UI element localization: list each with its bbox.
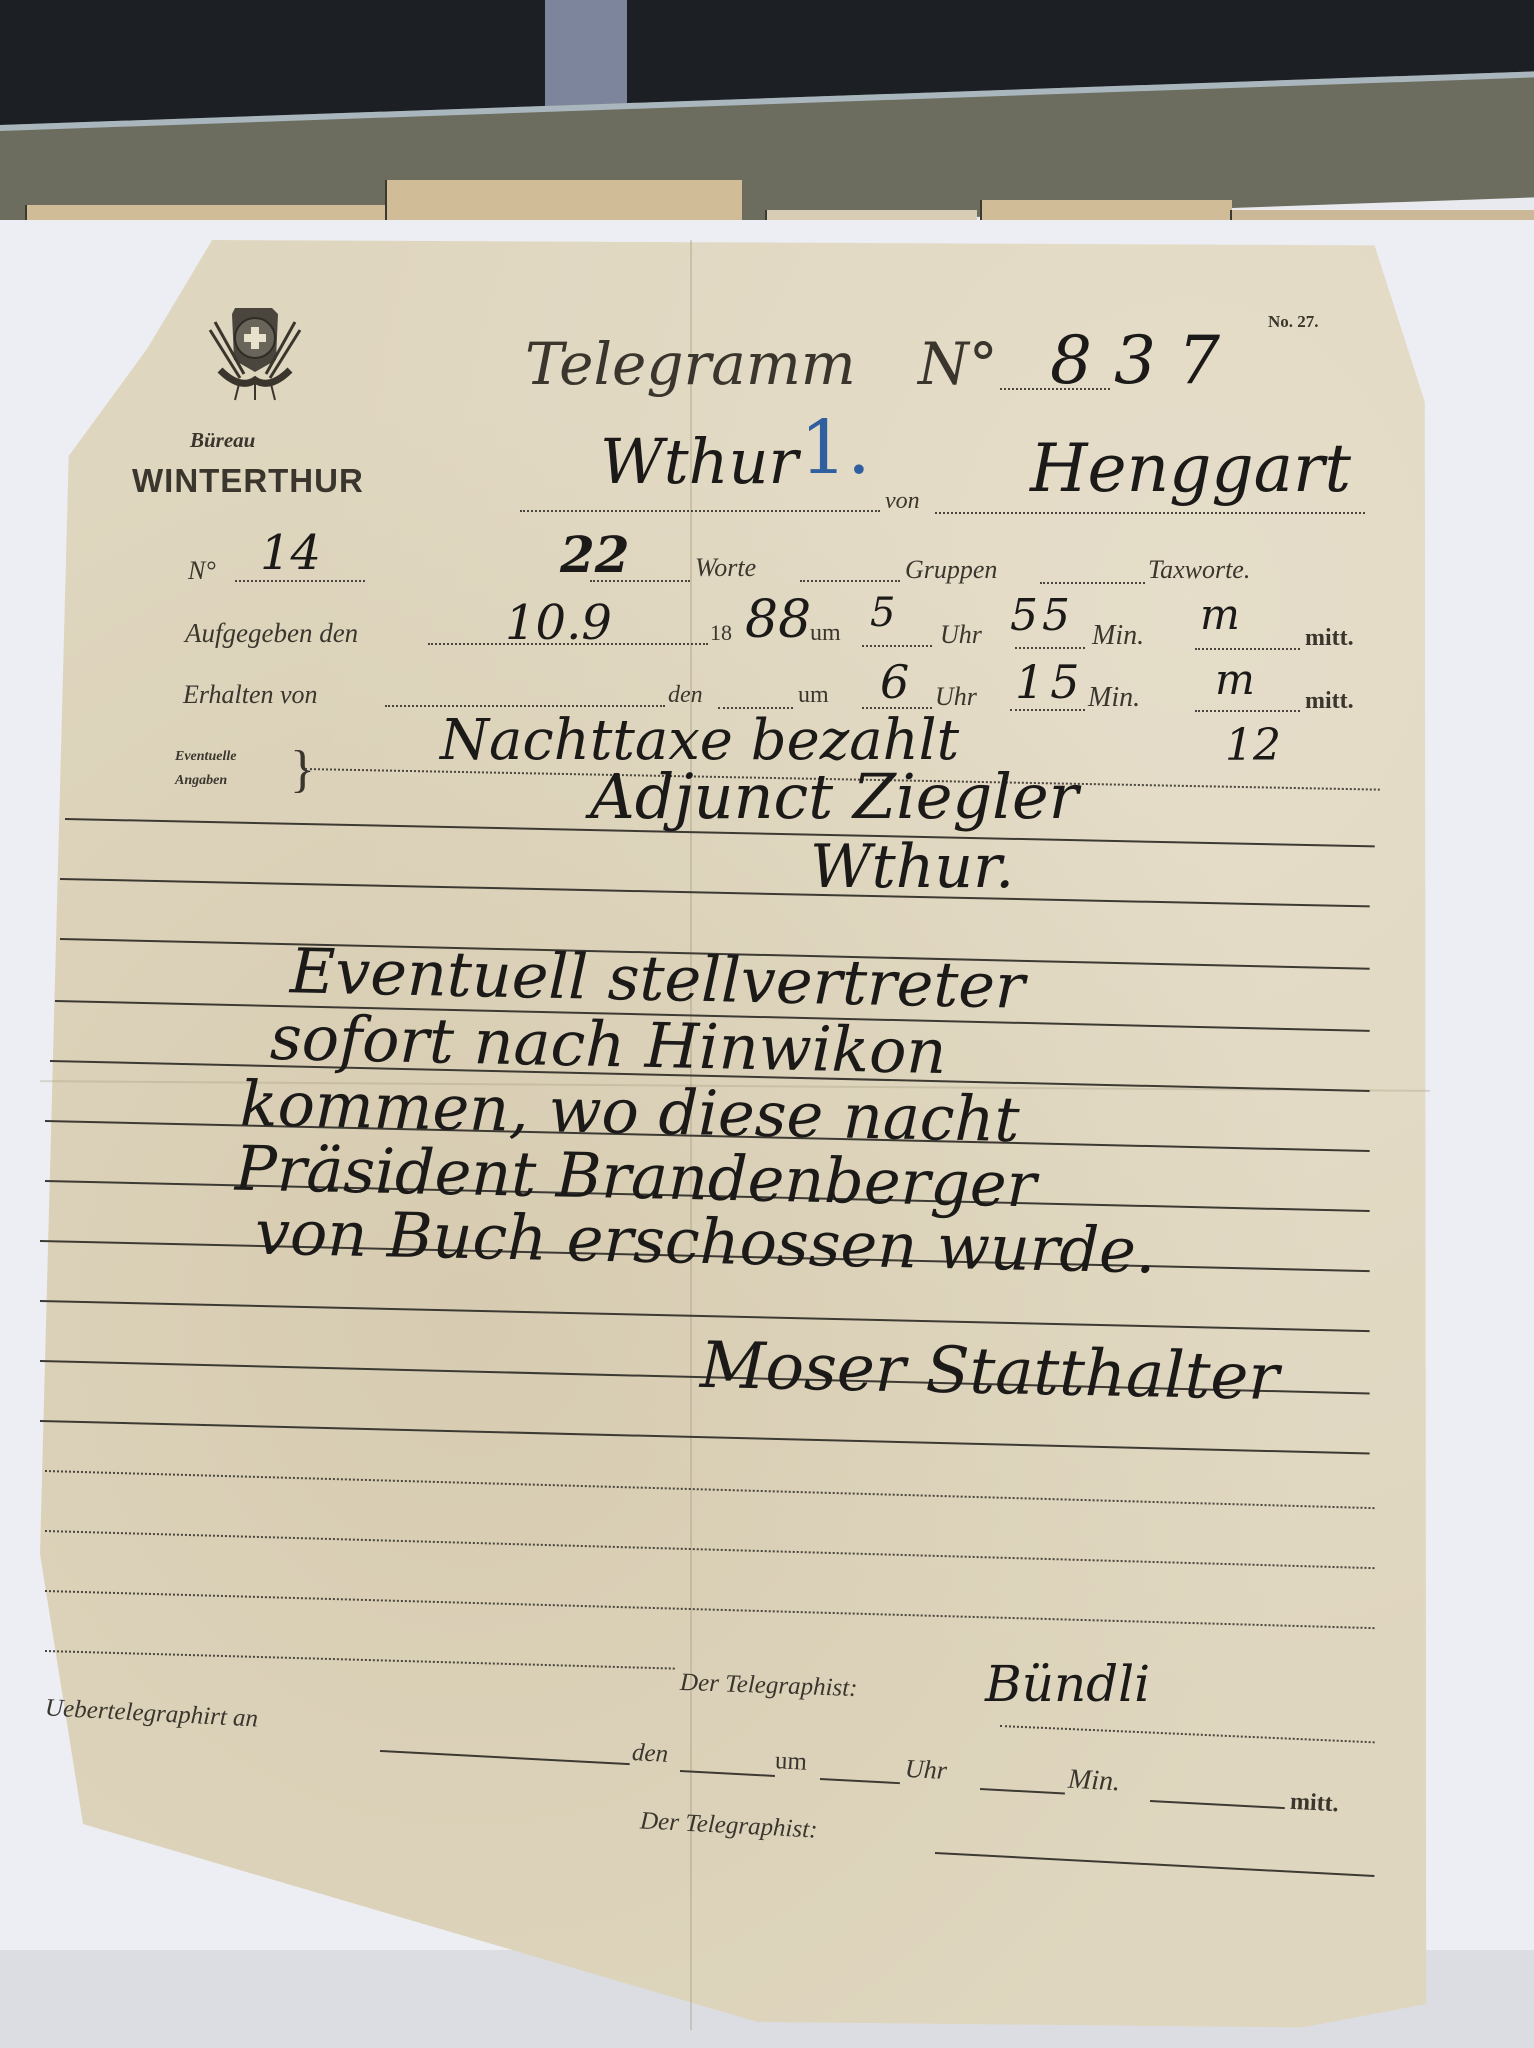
forwarded-hour-label: Uhr bbox=[904, 1754, 947, 1786]
message-signature: Moser Statthalter bbox=[699, 1329, 1279, 1415]
remarks-side-number: 12 bbox=[1225, 720, 1281, 771]
serial-label: N° bbox=[188, 556, 216, 586]
groups-line bbox=[800, 580, 900, 582]
submitted-meridiem-label: mitt. bbox=[1305, 625, 1354, 652]
office-name: WINTERTHUR bbox=[132, 462, 364, 500]
received-from-line bbox=[385, 705, 665, 707]
received-at-label: um bbox=[798, 682, 829, 709]
submitted-label: Aufgegeben den bbox=[185, 618, 358, 649]
number-prefix: N° bbox=[918, 330, 998, 398]
submitted-minute-label: Min. bbox=[1092, 620, 1144, 652]
forwarded-at-label: um bbox=[774, 1747, 807, 1777]
telegraphist-signature: Bündli bbox=[985, 1655, 1150, 1713]
word-count-line bbox=[590, 580, 690, 582]
from-label: von bbox=[885, 488, 920, 515]
received-minute: 15 bbox=[1015, 655, 1086, 709]
submitted-meridiem-line bbox=[1195, 648, 1300, 650]
groups-label: Gruppen bbox=[905, 555, 997, 585]
forwarded-date-label: den bbox=[631, 1739, 669, 1769]
destination: Wthur bbox=[600, 425, 798, 498]
submitted-hour: 5 bbox=[870, 590, 895, 636]
taxwords-line bbox=[1040, 582, 1145, 584]
origin-line bbox=[935, 512, 1365, 514]
year-prefix: 18 bbox=[710, 620, 732, 646]
taxwords-label: Taxworte. bbox=[1148, 555, 1250, 585]
swiss-crest-icon bbox=[200, 300, 310, 410]
serial-number: 14 bbox=[260, 525, 321, 581]
remarks-label: Eventuelle Angaben bbox=[175, 745, 236, 793]
addressee-city: Wthur. bbox=[810, 832, 1014, 902]
submitted-at-label: um bbox=[810, 620, 841, 647]
destination-line bbox=[520, 510, 880, 512]
submitted-minute: 55 bbox=[1010, 590, 1074, 641]
received-minute-line bbox=[1010, 709, 1085, 711]
addressee-name: Adjunct Ziegler bbox=[590, 760, 1078, 833]
submitted-meridiem: m bbox=[1200, 590, 1240, 639]
forwarded-minute-label: Min. bbox=[1067, 1764, 1121, 1799]
submitted-minute-line bbox=[1015, 647, 1085, 649]
remarks-label-line2: Angaben bbox=[175, 769, 236, 793]
received-meridiem-line bbox=[1195, 710, 1300, 712]
submitted-date: 10.9 bbox=[505, 595, 612, 651]
word-count: 22 bbox=[560, 525, 630, 584]
forwarded-meridiem-label: mitt. bbox=[1289, 1789, 1339, 1819]
submitted-hour-line bbox=[862, 645, 932, 647]
received-date-label: den bbox=[668, 682, 703, 709]
submitted-year: 88 bbox=[745, 590, 811, 650]
received-meridiem-label: mitt. bbox=[1305, 688, 1354, 715]
received-meridiem: m bbox=[1215, 655, 1255, 704]
form-title: Telegramm bbox=[525, 330, 856, 398]
received-minute-label: Min. bbox=[1088, 682, 1140, 714]
origin: Henggart bbox=[1030, 430, 1351, 507]
received-hour: 6 bbox=[880, 655, 909, 709]
submitted-hour-label: Uhr bbox=[940, 620, 982, 650]
form-code: No. 27. bbox=[1268, 312, 1319, 332]
destination-mark: 1. bbox=[800, 405, 871, 491]
remarks-label-line1: Eventuelle bbox=[175, 745, 236, 769]
serial-line bbox=[235, 580, 365, 582]
received-label: Erhalten von bbox=[183, 680, 318, 710]
words-label: Worte bbox=[695, 553, 756, 583]
office-label: Büreau bbox=[190, 428, 255, 453]
telegram-number: 837 bbox=[1050, 322, 1242, 399]
